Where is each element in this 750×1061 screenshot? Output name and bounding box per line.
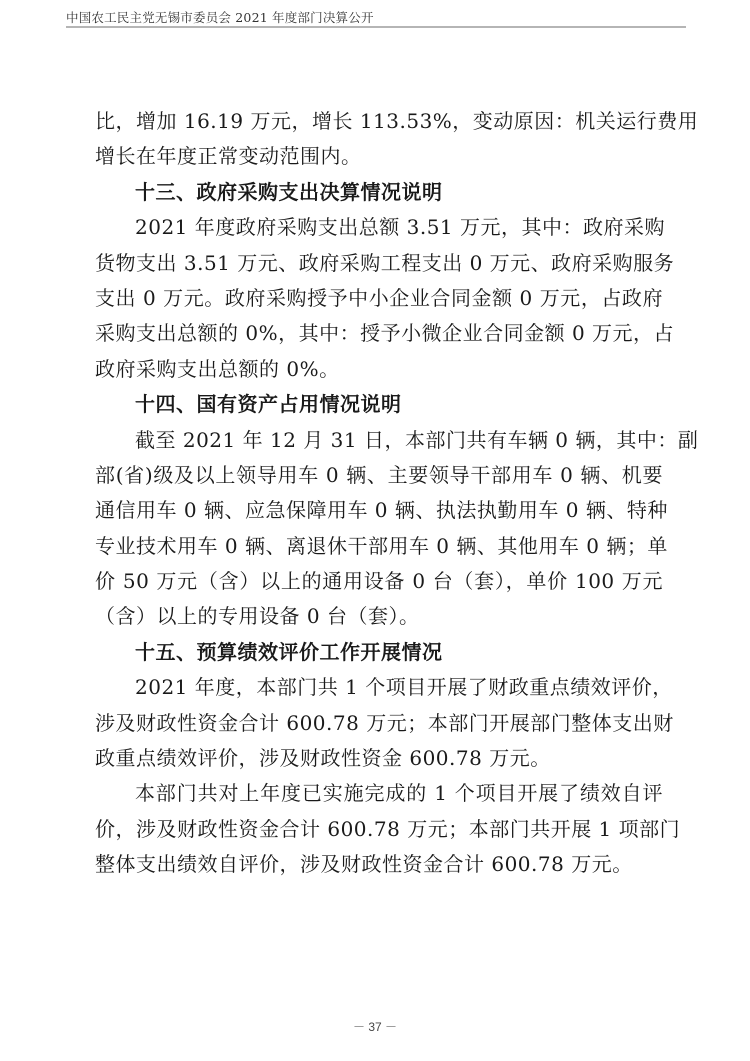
text-line: 本部门共对上年度已实施完成的 1 个项目开展了绩效自评 [95,776,663,811]
text-line: 增长在年度正常变动范围内。 [95,139,663,174]
section-government-procurement: 十三、政府采购支出决算情况说明 2021 年度政府采购支出总额 3.51 万元，… [95,175,663,387]
text-line: 价 50 万元（含）以上的通用设备 0 台（套），单价 100 万元 [95,564,663,599]
text-line: 截至 2021 年 12 月 31 日，本部门共有车辆 0 辆，其中：副 [95,423,663,458]
text-line: 部(省)级及以上领导用车 0 辆、主要领导干部用车 0 辆、机要 [95,458,663,493]
section-heading: 十四、国有资产占用情况说明 [95,387,663,422]
page-header: 中国农工民主党无锡市委员会 2021 年度部门决算公开 [66,6,686,28]
text-line: 专业技术用车 0 辆、离退休干部用车 0 辆、其他用车 0 辆；单 [95,529,663,564]
text-line: 货物支出 3.51 万元、政府采购工程支出 0 万元、政府采购服务 [95,246,663,281]
text-line: （含）以上的专用设备 0 台（套）。 [95,599,663,634]
paragraph-continuation: 比，增加 16.19 万元，增长 113.53%，变动原因：机关运行费用 增长在… [95,104,663,175]
section-heading: 十三、政府采购支出决算情况说明 [95,175,663,210]
text-line: 比，增加 16.19 万元，增长 113.53%，变动原因：机关运行费用 [95,104,663,139]
section-state-assets: 十四、国有资产占用情况说明 截至 2021 年 12 月 31 日，本部门共有车… [95,387,663,635]
text-line: 涉及财政性资金合计 600.78 万元；本部门开展部门整体支出财 [95,706,663,741]
text-line: 采购支出总额的 0%，其中：授予小微企业合同金额 0 万元，占 [95,316,663,351]
text-line: 通信用车 0 辆、应急保障用车 0 辆、执法执勤用车 0 辆、特种 [95,493,663,528]
section-heading: 十五、预算绩效评价工作开展情况 [95,635,663,670]
text-line: 价，涉及财政性资金合计 600.78 万元；本部门共开展 1 项部门 [95,812,663,847]
text-line: 2021 年度，本部门共 1 个项目开展了财政重点绩效评价， [95,670,663,705]
document-body: 比，增加 16.19 万元，增长 113.53%，变动原因：机关运行费用 增长在… [95,104,663,883]
text-line: 政重点绩效评价，涉及财政性资金 600.78 万元。 [95,741,663,776]
text-line: 2021 年度政府采购支出总额 3.51 万元，其中：政府采购 [95,210,663,245]
text-line: 支出 0 万元。政府采购授予中小企业合同金额 0 万元，占政府 [95,281,663,316]
page-number: － 37 － [0,1018,750,1035]
text-line: 整体支出绩效自评价，涉及财政性资金合计 600.78 万元。 [95,847,663,882]
section-performance-evaluation: 十五、预算绩效评价工作开展情况 2021 年度，本部门共 1 个项目开展了财政重… [95,635,663,883]
header-title: 中国农工民主党无锡市委员会 2021 年度部门决算公开 [66,8,374,26]
text-line: 政府采购支出总额的 0%。 [95,352,663,387]
